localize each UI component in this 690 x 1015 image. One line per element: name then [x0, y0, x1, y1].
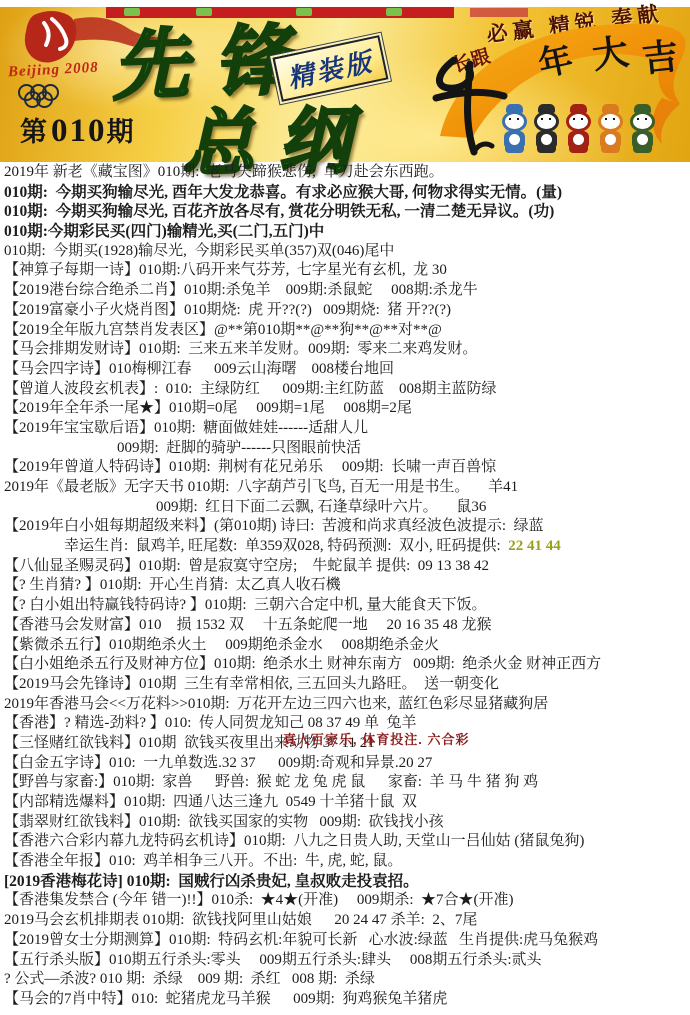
text-line: 009期: 红日下面二云飘, 石逢草绿叶六片。 鼠36: [4, 498, 688, 518]
text-line: [2019香港梅花诗] 010期: 国贼行凶杀贵妃, 皇叔败走投袁招。: [4, 872, 688, 892]
text-line: 【马会的7肖中特】010: 蛇猪虎龙马羊猴 009期: 狗鸡猴兔羊猪虎: [4, 990, 688, 1010]
text-segment: 【曾道人波段玄机表】: 010: 主绿防红 009期:主红防蓝 008期主蓝防绿: [4, 381, 497, 397]
mascot-part: [605, 134, 616, 145]
mascot-nini: [629, 104, 656, 154]
issue-value: 010: [51, 113, 107, 149]
body-lines: 2019年 新老《藏宝图》010期: 老马失蹄猴悲伤; 单刀赴会东西跑。010期…: [4, 163, 688, 1010]
text-segment: 2019年《最老版》无字天书 010期: 八字葫芦引飞鸟, 百无一用是书生。 羊…: [4, 479, 518, 495]
text-line: 【翡翠财红欲钱料】010期: 欲钱买国家的实物 009期: 砍钱找小孩: [4, 813, 688, 833]
mascot-part: [635, 117, 650, 122]
text-segment: 【马会排期发财诗】010期: 三来五来羊发财。009期: 零来二来鸡发财。: [4, 341, 477, 357]
text-segment: 【紫微杀五行】010期绝杀火土 009期绝杀金水 008期绝杀金火: [4, 637, 439, 653]
issue-suffix: 期: [107, 117, 138, 147]
text-line: 009期: 赶脚的骑驴------只图眼前快活: [4, 439, 688, 459]
text-line: 【香港六合彩内幕九龙特码玄机诗】010期: 八九之日贵人助, 天堂山一吕仙姑 (…: [4, 832, 688, 852]
issue-prefix: 第: [20, 117, 51, 147]
text-segment: 【2019港台综合绝杀二肖】010期:杀兔羊 009期:杀鼠蛇 008期:杀龙牛: [4, 282, 478, 298]
text-segment: 【2019年宝宝歇后语】010期: 糖面做娃娃------适甜人儿: [4, 420, 368, 436]
mascot-part: [603, 117, 618, 122]
mascot-part: [571, 117, 586, 122]
text-segment: [2019香港梅花诗] 010期: 国贼行凶杀贵妃, 皇叔败走投袁招。: [4, 873, 419, 890]
text-segment: 009期: 赶脚的骑驴------只图眼前快活: [117, 440, 361, 456]
text-segment: 【马会四字诗】010梅柳江春 009云山海曙 008楼台地回: [4, 361, 394, 377]
text-line: 【紫微杀五行】010期绝杀火土 009期绝杀金水 008期绝杀金火: [4, 636, 688, 656]
mascot-part: [539, 117, 554, 122]
text-line: 【香港马会发财富】010 损 1532 双 十五条蛇爬一地 20 16 35 4…: [4, 616, 688, 636]
mascot-part: [633, 147, 652, 153]
text-line: 【香港集发禁合 (今年 错一)!!】010杀: ★4★(开准) 009期杀: ★…: [4, 891, 688, 911]
mascot-part: [573, 134, 584, 145]
text-segment: 【香港六合彩内幕九龙特码玄机诗】010期: 八九之日贵人助, 天堂山一吕仙姑 (…: [4, 833, 584, 849]
banner-fragment: [386, 8, 402, 16]
text-line: 【2019马会先锋诗】010期 三生有幸常相依, 三五回头九路旺。 送一朝变化: [4, 675, 688, 695]
text-segment: 【2019马会先锋诗】010期 三生有幸常相依, 三五回头九路旺。 送一朝变化: [4, 676, 499, 692]
mascot-part: [509, 134, 520, 145]
text-segment: 【野兽与家畜:】010期: 家兽 野兽: 猴 蛇 龙 兔 虎 鼠 家畜: 羊 马…: [4, 774, 538, 790]
text-segment: 2019年 新老《藏宝图》010期: 老马失蹄猴悲伤; 单刀赴会东西跑。: [4, 164, 444, 180]
text-line: 010期: 今期买狗输尽光, 酉年大发龙恭喜。有求必应猴大哥, 何物求得实无情。…: [4, 183, 688, 203]
text-line: 【野兽与家畜:】010期: 家兽 野兽: 猴 蛇 龙 兔 虎 鼠 家畜: 羊 马…: [4, 773, 688, 793]
text-segment: 【八仙显圣赐灵码】010期: 曾是寂寞守空房; 牛蛇鼠羊 提供: 09 13 3…: [4, 558, 489, 574]
text-line: 【2019全年版九宫禁肖发表区】@**第010期**@**狗**@**对**@: [4, 321, 688, 341]
text-line: 【2019富豪小子火烧肖图】010期烧: 虎 开??(?) 009期烧: 猪 开…: [4, 301, 688, 321]
mascot-part: [541, 134, 552, 145]
text-segment: 【内部精选爆料】010期: 四通八达三逢九 0549 十羊猪十鼠 双: [4, 794, 417, 810]
text-segment: 【2019全年版九宫禁肖发表区】@**第010期**@**狗**@**对**@: [4, 322, 442, 338]
issue-number: 第010期: [20, 110, 138, 150]
text-line: ? 公式—杀波? 010 期: 杀绿 009 期: 杀红 008 期: 杀绿: [4, 970, 688, 990]
text-line: 【2019年全年杀一尾★】010期=0尾 009期=1尾 008期=2尾: [4, 399, 688, 419]
text-line: 【2019曾女士分期测算】010期: 特码玄机:年貌可长新 心水波:绿蓝 生肖提…: [4, 931, 688, 951]
text-segment: 【? 白小姐出特赢钱特码诗? 】010期: 三朝六合定中机, 量大能食天下饭。: [4, 597, 487, 613]
text-line: 【2019年白小姐每期超级来料】(第010期) 诗曰: 苦渡和尚求真经波色波提示…: [4, 517, 688, 537]
text-line: 2019年 新老《藏宝图》010期: 老马失蹄猴悲伤; 单刀赴会东西跑。: [4, 163, 688, 183]
mascot-huanhuan: [565, 104, 592, 154]
text-line: 【八仙显圣赐灵码】010期: 曾是寂寞守空房; 牛蛇鼠羊 提供: 09 13 3…: [4, 557, 688, 577]
text-line: 2019年《最老版》无字天书 010期: 八字葫芦引飞鸟, 百无一用是书生。 羊…: [4, 478, 688, 498]
greeting-char-da: 大: [589, 24, 632, 80]
text-line: 【五行杀头版】010期五行杀头:零头 009期五行杀头:肆头 008期五行杀头:…: [4, 951, 688, 971]
text-line: 【? 生肖猜? 】010期: 开心生肖猜: 太乙真人收石機: [4, 576, 688, 596]
text-line: 【白金五字诗】010: 一九单数选.32 37 009期:奇观和异景.20 27: [4, 754, 688, 774]
mascot-part: [507, 117, 522, 122]
mascot-part: [569, 147, 588, 153]
text-line: 【神算子每期一诗】010期:八码开来气芬芳, 七字星光有玄机, 龙 30: [4, 261, 688, 281]
text-line: 【? 白小姐出特赢钱特码诗? 】010期: 三朝六合定中机, 量大能食天下饭。: [4, 596, 688, 616]
greeting-char-ji: 吉: [639, 28, 680, 82]
page: Beijing 2008 先锋 总纲 第010期 精装版 必赢 精锐 奉献 长跟…: [0, 0, 690, 1015]
text-segment: 010期: 今期买狗输尽光, 酉年大发龙恭喜。有求必应猴大哥, 何物求得实无情。…: [4, 184, 562, 201]
text-segment: 2019马会玄机排期表 010期: 欲钱找阿里山姑娘 20 24 47 杀羊: …: [4, 912, 477, 928]
text-segment: 【五行杀头版】010期五行杀头:零头 009期五行杀头:肆头 008期五行杀头:…: [4, 952, 542, 968]
text-segment: 【香港集发禁合 (今年 错一)!!】010杀: ★4★(开准) 009期杀: ★…: [4, 892, 514, 908]
beijing-2008-text: Beijing 2008: [8, 60, 100, 82]
text-segment: 【白小姐绝杀五行及财神方位】010期: 绝杀水土 财神东南方 009期: 绝杀火…: [4, 656, 601, 672]
text-line: 【马会排期发财诗】010期: 三来五来羊发财。009期: 零来二来鸡发财。: [4, 340, 688, 360]
text-segment: 幸运生肖: 鼠鸡羊, 旺尾数: 单359双028, 特码预测: 双小, 旺码提供…: [64, 538, 508, 554]
text-segment: 010期: 今期买狗输尽光, 百花齐放各尽有, 赏花分明铁无私, 一清二楚无异议…: [4, 203, 554, 220]
mascot-yingying: [597, 104, 624, 154]
text-segment: 【马会的7肖中特】010: 蛇猪虎龙马羊猴 009期: 狗鸡猴兔羊猪虎: [4, 991, 447, 1007]
olympic-rings-icon: [18, 84, 78, 108]
text-segment: 【2019年曾道人特码诗】010期: 荆树有花兄弟乐 009期: 长啸一声百兽惊: [4, 459, 496, 475]
text-line: 【2019港台综合绝杀二肖】010期:杀兔羊 009期:杀鼠蛇 008期:杀龙牛: [4, 281, 688, 301]
text-segment: 【神算子每期一诗】010期:八码开来气芬芳, 七字星光有玄机, 龙 30: [4, 262, 447, 278]
text-line: 【内部精选爆料】010期: 四通八达三逢九 0549 十羊猪十鼠 双: [4, 793, 688, 813]
text-line: 2019马会玄机排期表 010期: 欲钱找阿里山姑娘 20 24 47 杀羊: …: [4, 911, 688, 931]
text-line: 010期: 今期买(1928)输尽光, 今期彩民买单(357)双(046)尾中: [4, 242, 688, 262]
text-line: 【2019年曾道人特码诗】010期: 荆树有花兄弟乐 009期: 长啸一声百兽惊: [4, 458, 688, 478]
text-line: 010期: 今期买狗输尽光, 百花齐放各尽有, 赏花分明铁无私, 一清二楚无异议…: [4, 202, 688, 222]
text-segment: 010期: 今期买(1928)输尽光, 今期彩民买单(357)双(046)尾中: [4, 243, 394, 259]
text-segment: 【白金五字诗】010: 一九单数选.32 37 009期:奇观和异景.20 27: [4, 755, 432, 771]
text-line: 【曾道人波段玄机表】: 010: 主绿防红 009期:主红防蓝 008期主蓝防绿: [4, 380, 688, 400]
mascot-part: [505, 147, 524, 153]
text-segment: 【翡翠财红欲钱料】010期: 欲钱买国家的实物 009期: 砍钱找小孩: [4, 814, 444, 830]
text-segment: 22 41 44: [508, 538, 561, 554]
betting-watermark: 真人百家乐, 体育投注. 六合彩: [283, 729, 469, 748]
mascot-part: [601, 147, 620, 153]
mascots: [498, 104, 658, 154]
text-segment: 【香港马会发财富】010 损 1532 双 十五条蛇爬一地 20 16 35 4…: [4, 617, 492, 633]
mascot-beibei: [501, 104, 528, 154]
masthead: Beijing 2008 先锋 总纲 第010期 精装版 必赢 精锐 奉献 长跟…: [0, 0, 690, 162]
text-segment: 【? 生肖猜? 】010期: 开心生肖猜: 太乙真人收石機: [4, 577, 341, 593]
text-line: 010期:今期彩民买(四门)输精光,买(二门,五门)中: [4, 222, 688, 242]
mascot-jingjing: [533, 104, 560, 154]
text-segment: 2019年香港马会<<万花料>>010期: 万花开左边三四六也来, 蓝红色彩尽显…: [4, 696, 548, 712]
text-line: 幸运生肖: 鼠鸡羊, 旺尾数: 单359双028, 特码预测: 双小, 旺码提供…: [4, 537, 688, 557]
text-segment: 【2019年全年杀一尾★】010期=0尾 009期=1尾 008期=2尾: [4, 400, 412, 416]
text-segment: 【2019富豪小子火烧肖图】010期烧: 虎 开??(?) 009期烧: 猪 开…: [4, 302, 451, 318]
mascot-part: [537, 147, 556, 153]
text-line: 【白小姐绝杀五行及财神方位】010期: 绝杀水土 财神东南方 009期: 绝杀火…: [4, 655, 688, 675]
mascot-part: [637, 134, 648, 145]
text-segment: 【2019曾女士分期测算】010期: 特码玄机:年貌可长新 心水波:绿蓝 生肖提…: [4, 932, 598, 948]
text-segment: 010期:今期彩民买(四门)输精光,买(二门,五门)中: [4, 223, 324, 240]
text-line: 【香港全年报】010: 鸡羊相争三八开。不出: 牛, 虎, 蛇, 鼠。: [4, 852, 688, 872]
text-line: 【马会四字诗】010梅柳江春 009云山海曙 008楼台地回: [4, 360, 688, 380]
text-line: 【2019年宝宝歇后语】010期: 糖面做娃娃------适甜人儿: [4, 419, 688, 439]
text-segment: ? 公式—杀波? 010 期: 杀绿 009 期: 杀红 008 期: 杀绿: [4, 971, 375, 987]
text-line: 2019年香港马会<<万花料>>010期: 万花开左边三四六也来, 蓝红色彩尽显…: [4, 695, 688, 715]
text-segment: 【2019年白小姐每期超级来料】(第010期) 诗曰: 苦渡和尚求真经波色波提示…: [4, 518, 544, 534]
text-segment: 【香港全年报】010: 鸡羊相争三八开。不出: 牛, 虎, 蛇, 鼠。: [4, 853, 402, 869]
text-segment: 009期: 红日下面二云飘, 石逢草绿叶六片。 鼠36: [156, 499, 486, 515]
